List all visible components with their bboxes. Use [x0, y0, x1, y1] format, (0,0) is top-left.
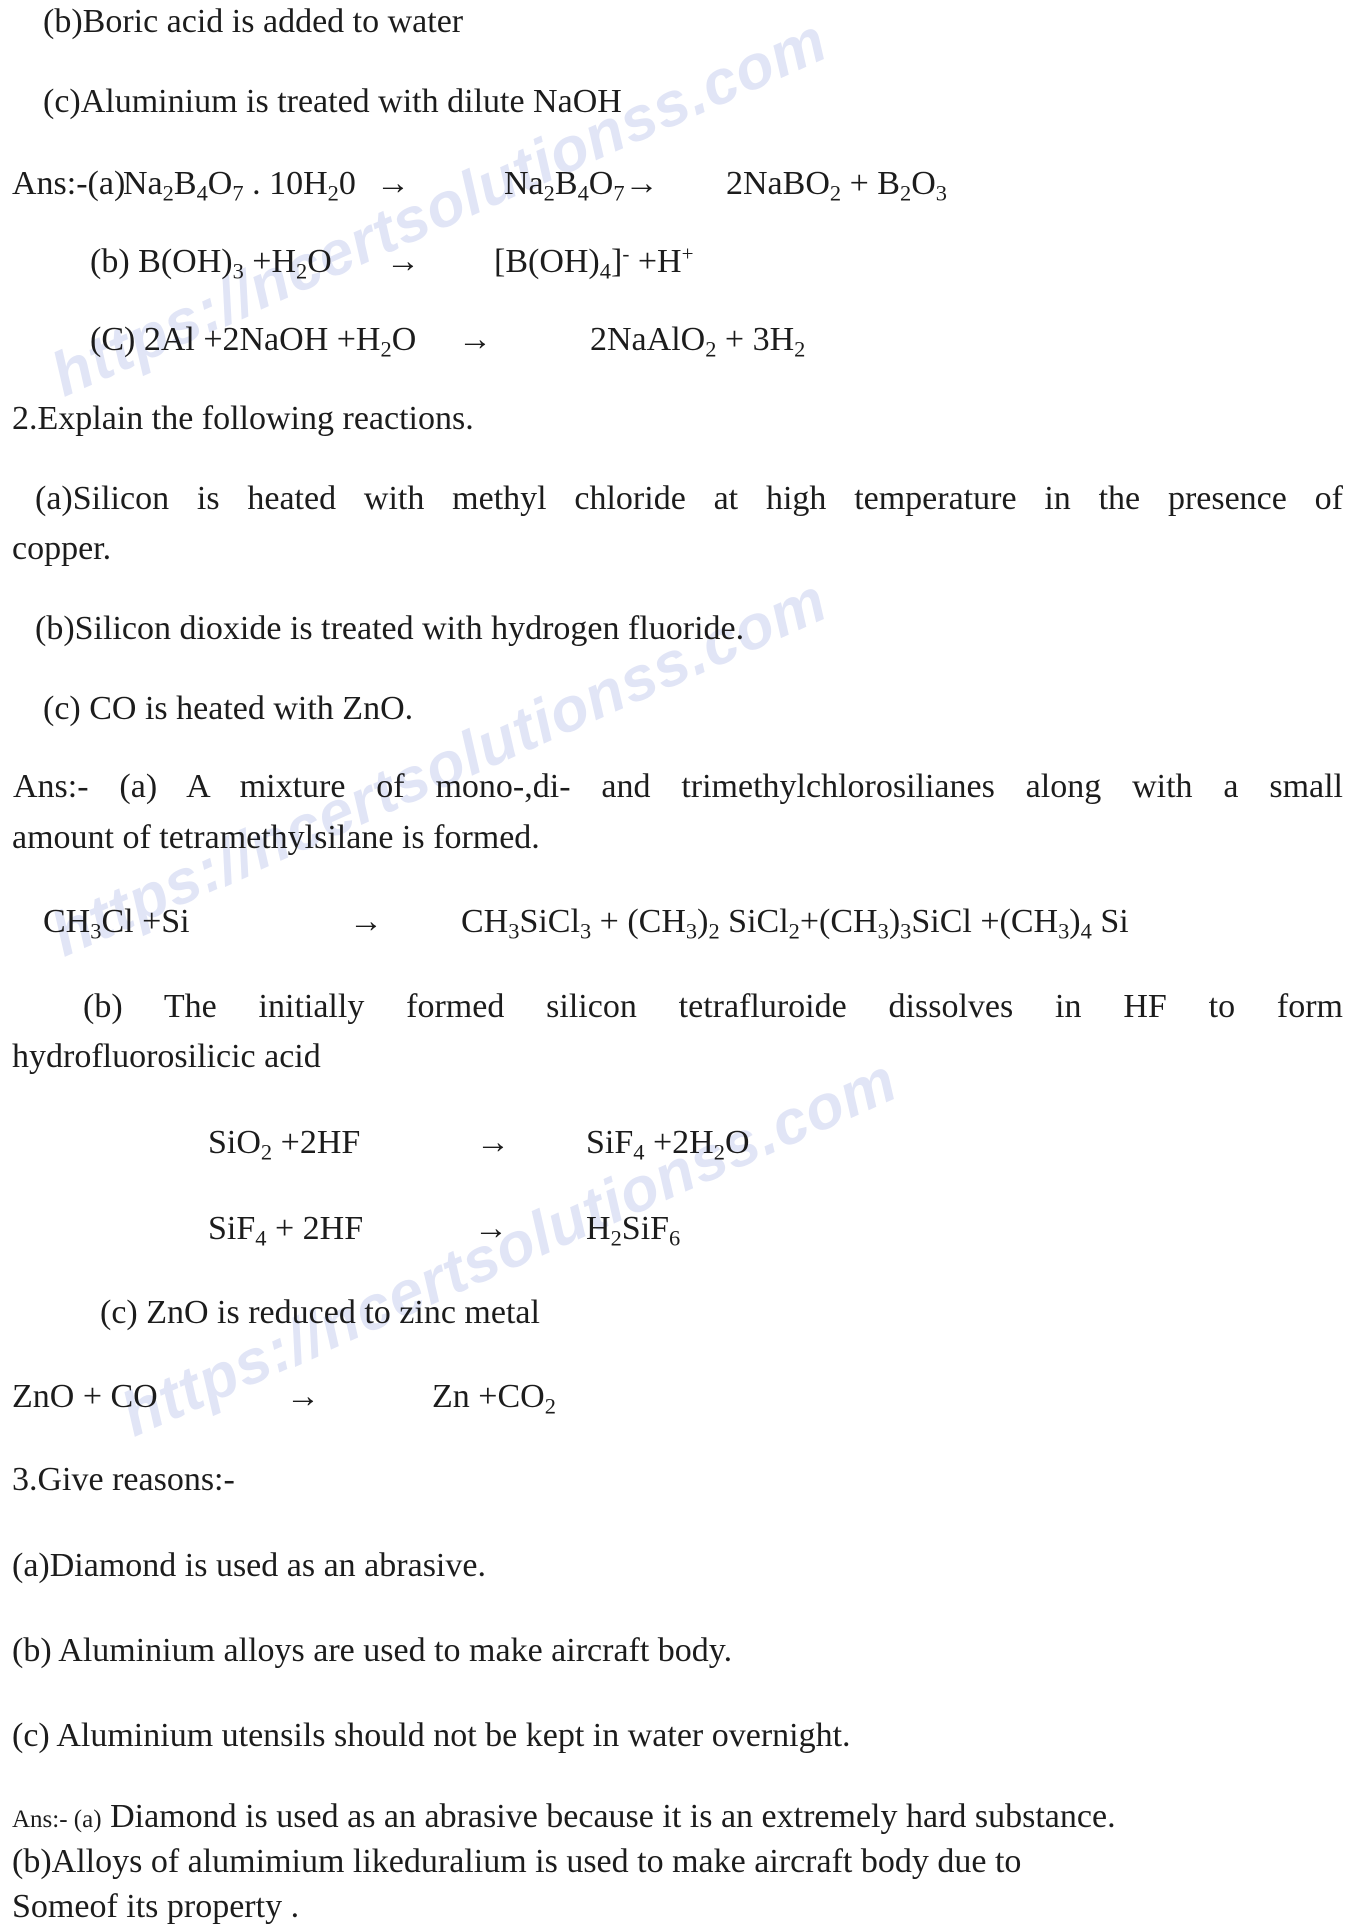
equation-rhs: H2SiF6 [586, 1209, 680, 1249]
equation-mid: Na2B4O7→ [504, 164, 659, 204]
q2-part-b: (b)Silicon dioxide is treated with hydro… [35, 609, 744, 649]
answer-text: Diamond is used as an abrasive because i… [102, 1798, 1116, 1835]
q2-answer-b-line2: hydrofluorosilicic acid [12, 1037, 321, 1077]
q2-equation-b1: SiO2 +2HF → SiF4 +2H2O [208, 1123, 1008, 1163]
q1-answer-b: (b) B(OH)3 +H2O → [B(OH)4]- +H+ [90, 242, 1290, 282]
q3-part-c: (c) Aluminium utensils should not be kep… [12, 1716, 851, 1756]
q2-part-a-line1: (a)Silicon is heated with methyl chlorid… [35, 479, 1343, 519]
arrow: → [286, 1377, 320, 1417]
equation-lhs: (C) 2Al +2NaOH +H2O [90, 320, 416, 360]
q3-part-b: (b) Aluminium alloys are used to make ai… [12, 1631, 732, 1671]
q3-answer-b-line1: (b)Alloys of alumimium likeduralium is u… [12, 1842, 1021, 1882]
q2-answer-c: (c) ZnO is reduced to zinc metal [100, 1293, 540, 1333]
arrow: → [349, 902, 383, 942]
equation-rhs: 2NaBO2 + B2O3 [726, 164, 947, 204]
q3-part-a: (a)Diamond is used as an abrasive. [12, 1546, 486, 1586]
q3-title: 3.Give reasons:- [12, 1460, 235, 1500]
arrow: → [474, 1209, 508, 1249]
equation-rhs: 2NaAlO2 + 3H2 [590, 320, 805, 360]
arrow: → [476, 1123, 510, 1163]
q1-answer-a: Ans:-(a) Na2B4O7 . 10H20 → Na2B4O7→ 2NaB… [12, 164, 1312, 204]
answer-label: Ans:-(a) [12, 164, 125, 204]
q3-answer-a: Ans:- (a) Diamond is used as an abrasive… [12, 1797, 1116, 1840]
equation-lhs: Na2B4O7 . 10H20 [123, 164, 356, 204]
equation-rhs: [B(OH)4]- +H+ [494, 242, 693, 282]
equation-lhs: SiO2 +2HF [208, 1123, 360, 1163]
q2-title: 2.Explain the following reactions. [12, 399, 474, 439]
arrow: → [376, 164, 410, 204]
q2-equation-b2: SiF4 + 2HF → H2SiF6 [208, 1209, 1008, 1249]
q2-part-c: (c) CO is heated with ZnO. [43, 689, 413, 729]
q2-answer-b-line1: (b) The initially formed silicon tetrafl… [83, 987, 1343, 1027]
equation-lhs: SiF4 + 2HF [208, 1209, 363, 1249]
q1-part-c: (c)Aluminium is treated with dilute NaOH [43, 82, 622, 122]
q2-part-a-line2: copper. [12, 529, 111, 569]
q2-equation-c: ZnO + CO → Zn +CO2 [12, 1377, 812, 1417]
q1-part-b: (b)Boric acid is added to water [43, 2, 463, 42]
equation-rhs: Zn +CO2 [432, 1377, 556, 1417]
q3-answer-b-line2: Someof its property . [12, 1887, 299, 1927]
equation-rhs: SiF4 +2H2O [586, 1123, 750, 1163]
equation-lhs: (b) B(OH)3 +H2O [90, 242, 332, 282]
equation-lhs: CH3Cl +Si [43, 902, 190, 942]
arrow: → [386, 242, 420, 282]
q1-answer-c: (C) 2Al +2NaOH +H2O → 2NaAlO2 + 3H2 [90, 320, 1290, 360]
answer-label: Ans:- (a) [12, 1806, 102, 1833]
equation-rhs: CH3SiCl3 + (CH3)2 SiCl2+(CH3)3SiCl +(CH3… [461, 902, 1129, 942]
arrow: → [458, 320, 492, 360]
q2-answer-a-line1: Ans:- (a) A mixture of mono-,di- and tri… [13, 767, 1343, 807]
q2-equation-a: CH3Cl +Si → CH3SiCl3 + (CH3)2 SiCl2+(CH3… [43, 902, 1303, 942]
equation-lhs: ZnO + CO [12, 1377, 158, 1417]
q2-answer-a-line2: amount of tetramethylsilane is formed. [12, 818, 540, 858]
